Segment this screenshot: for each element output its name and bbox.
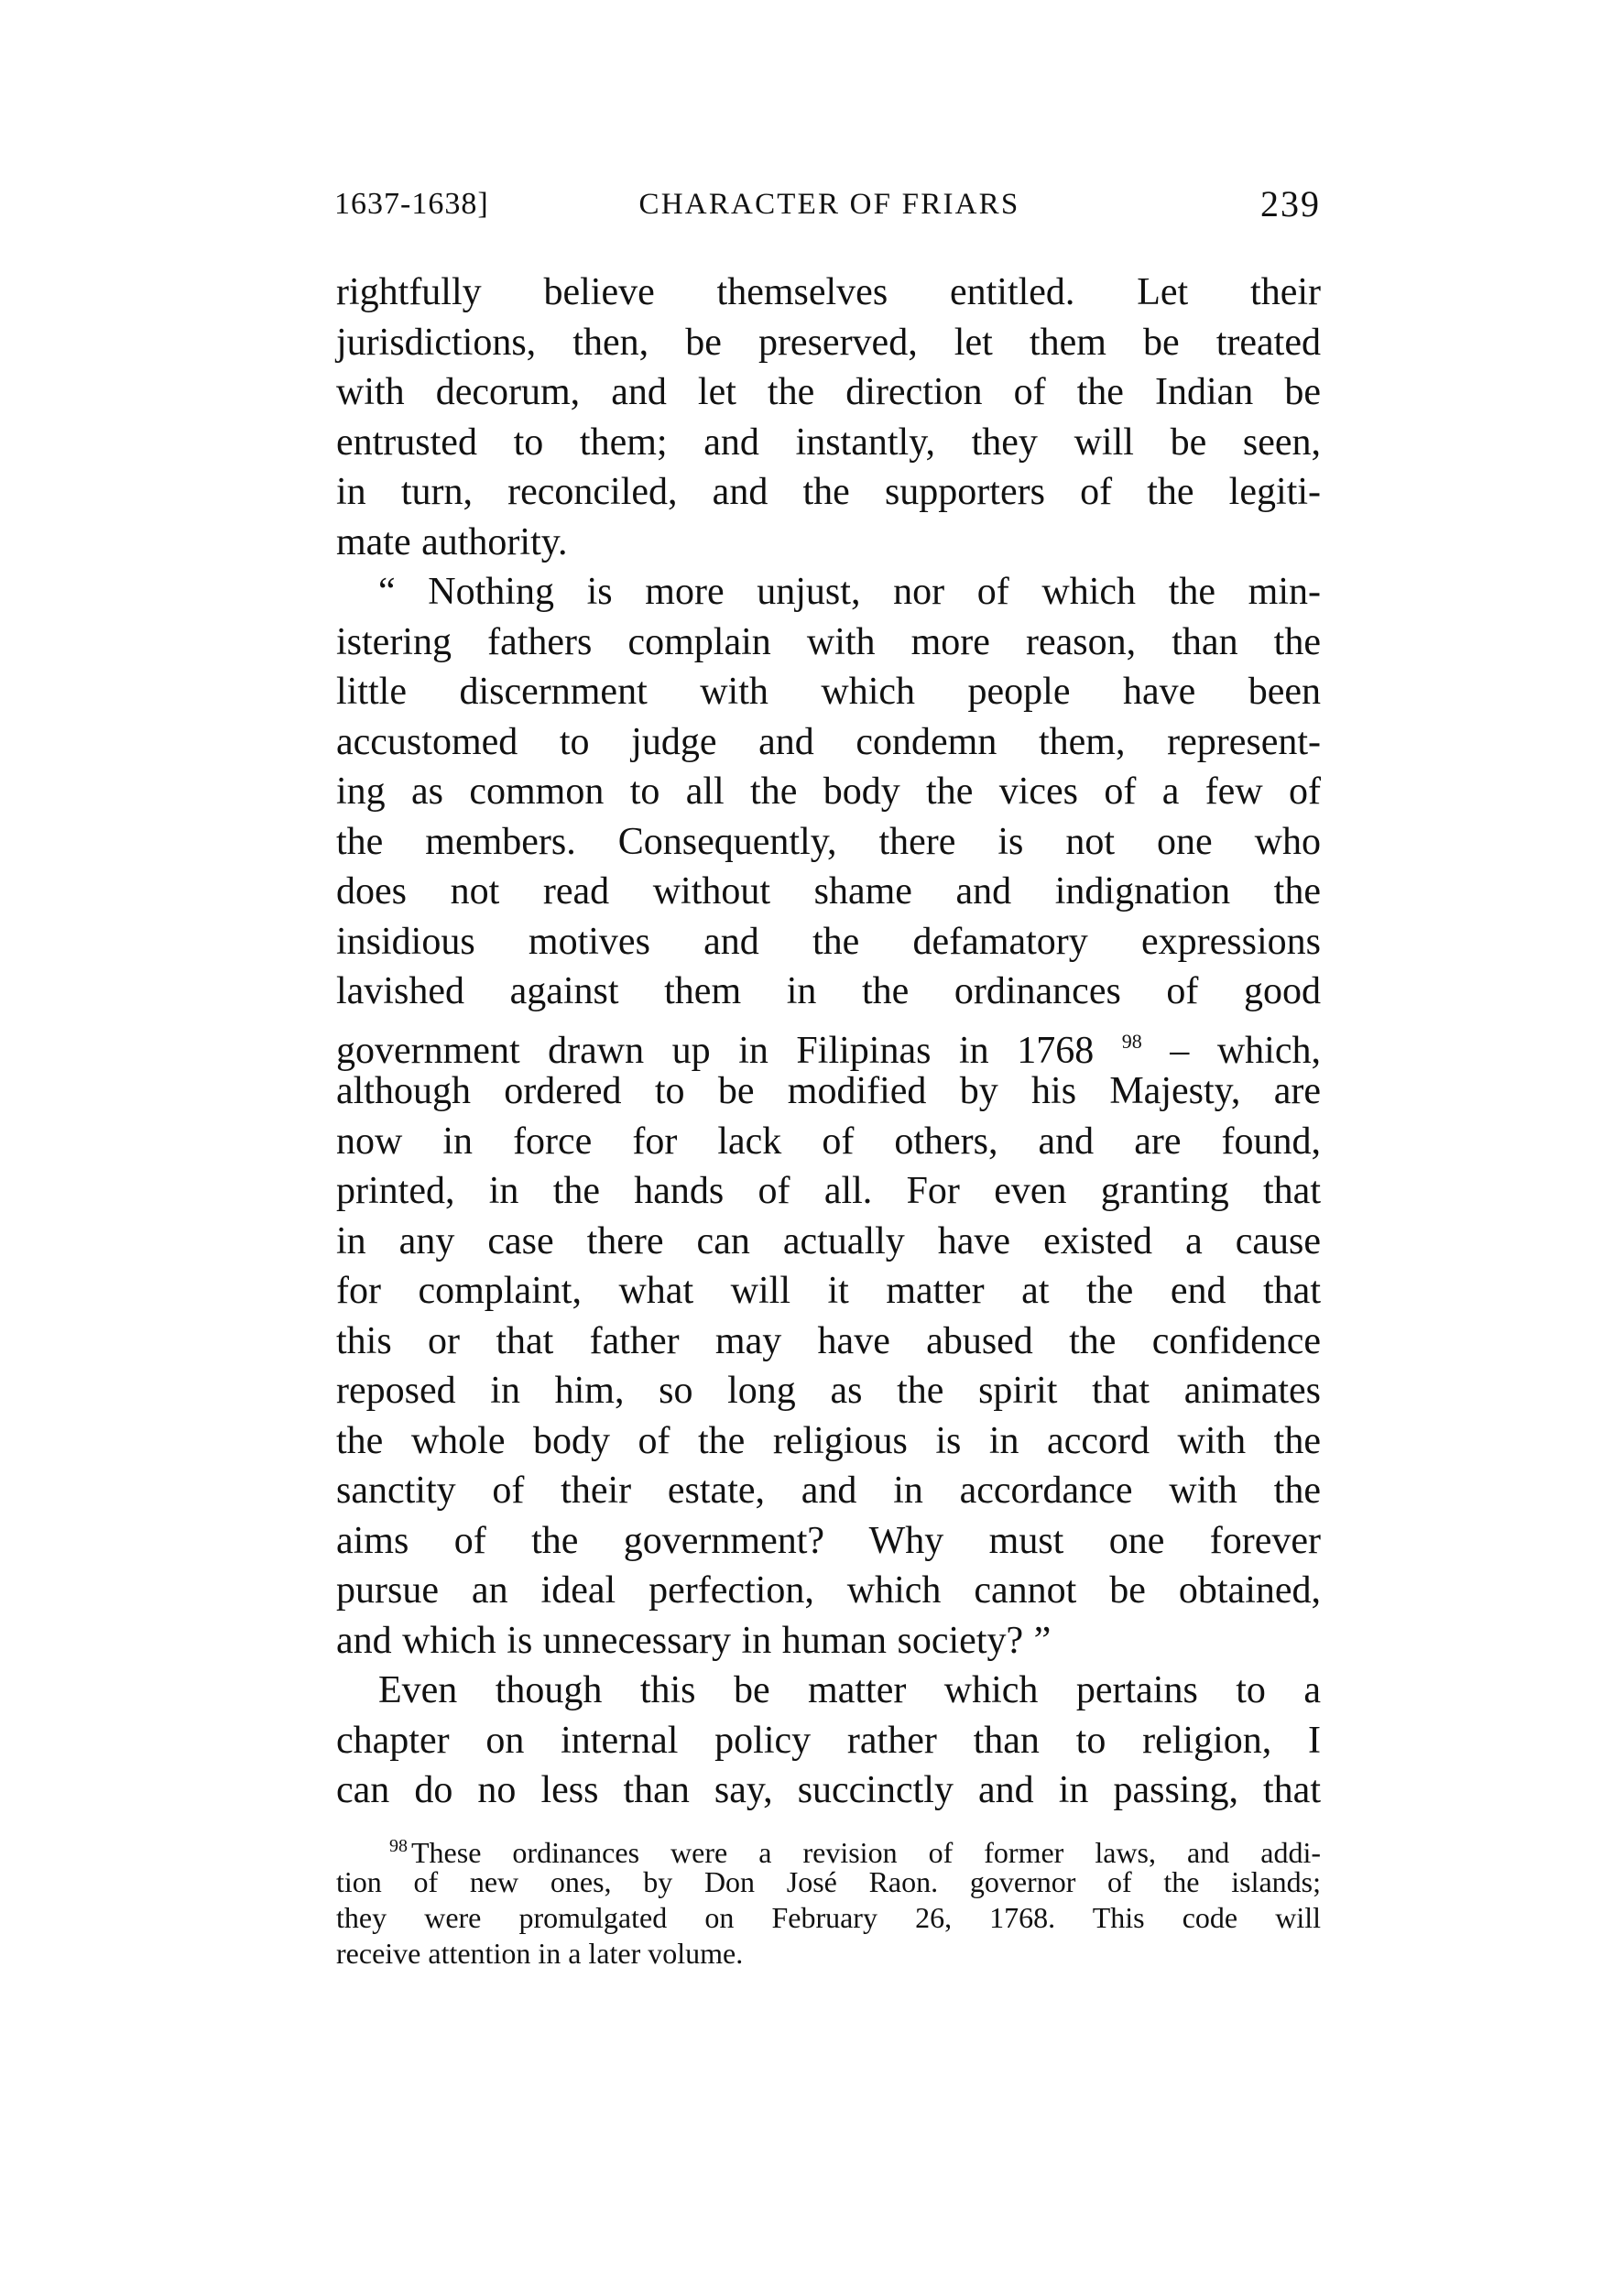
text-line: chapter on internal policy rather than t… [336, 1716, 1321, 1766]
text-line: entrusted to them; and instantly, they w… [336, 418, 1321, 468]
text-line: reposed in him, so long as the spirit th… [336, 1366, 1321, 1416]
running-head-title: CHARACTER OF FRIARS [621, 181, 1038, 227]
footnote-reference-98[interactable]: 98 [1122, 1030, 1142, 1053]
body-text: rightfully believe themselves entitled. … [336, 268, 1321, 1816]
text-line: istering fathers complain with more reas… [336, 617, 1321, 668]
book-page: 1637-1638] CHARACTER OF FRIARS 239 right… [0, 0, 1624, 2273]
text-line: little discernment with which people hav… [336, 667, 1321, 717]
text-line: in any case there can actually have exis… [336, 1217, 1321, 1267]
text-line: and which is unnecessary in human societ… [336, 1616, 1321, 1667]
footnote-line: 98These ordinances were a revision of fo… [336, 1829, 1321, 1864]
text-line: with decorum, and let the direction of t… [336, 367, 1321, 418]
text-line: can do no less than say, succinctly and … [336, 1765, 1321, 1816]
text-line: lavished against them in the ordinances … [336, 967, 1321, 1017]
text-line: the whole body of the religious is in ac… [336, 1416, 1321, 1467]
text-line: mate authority. [336, 518, 1321, 568]
text-segment: government drawn up in Filipinas in 1768 [336, 1030, 1094, 1072]
text-line-with-footnote-ref: government drawn up in Filipinas in 1768… [336, 1017, 1321, 1067]
text-line: rightfully believe themselves entitled. … [336, 268, 1321, 318]
text-line: printed, in the hands of all. For even g… [336, 1166, 1321, 1217]
text-line: the members. Consequently, there is not … [336, 817, 1321, 868]
text-line: insidious motives and the defamatory exp… [336, 917, 1321, 967]
footnote-line: tion of new ones, by Don José Raon. gove… [336, 1864, 1321, 1900]
footnote-98: 98These ordinances were a revision of fo… [336, 1829, 1321, 1972]
footnote-line: receive attention in a later volume. [336, 1936, 1321, 1972]
text-line: sanctity of their estate, and in accorda… [336, 1466, 1321, 1516]
page-number: 239 [1260, 181, 1321, 227]
running-head-date-range: 1637-1638] [334, 181, 489, 227]
text-line: aims of the government? Why must one for… [336, 1516, 1321, 1567]
text-line: in turn, reconciled, and the supporters … [336, 467, 1321, 518]
footnote-number: 98 [389, 1836, 408, 1856]
text-line: now in force for lack of others, and are… [336, 1117, 1321, 1167]
footnote-line: they were promulgated on February 26, 17… [336, 1900, 1321, 1936]
text-line: does not read without shame and indignat… [336, 867, 1321, 917]
text-line: although ordered to be modified by his M… [336, 1066, 1321, 1117]
text-segment: – which, [1170, 1030, 1321, 1072]
text-line: accustomed to judge and condemn them, re… [336, 717, 1321, 768]
running-head: 1637-1638] CHARACTER OF FRIARS 239 [334, 181, 1321, 227]
text-line: for complaint, what will it matter at th… [336, 1266, 1321, 1317]
text-line: ing as common to all the body the vices … [336, 767, 1321, 817]
text-line: this or that father may have abused the … [336, 1317, 1321, 1367]
text-line: pursue an ideal perfection, which cannot… [336, 1566, 1321, 1616]
text-line: jurisdictions, then, be preserved, let t… [336, 318, 1321, 368]
quote-paragraph-start: “ Nothing is more unjust, nor of which t… [336, 567, 1321, 617]
paragraph-start: Even though this be matter which pertain… [336, 1666, 1321, 1716]
